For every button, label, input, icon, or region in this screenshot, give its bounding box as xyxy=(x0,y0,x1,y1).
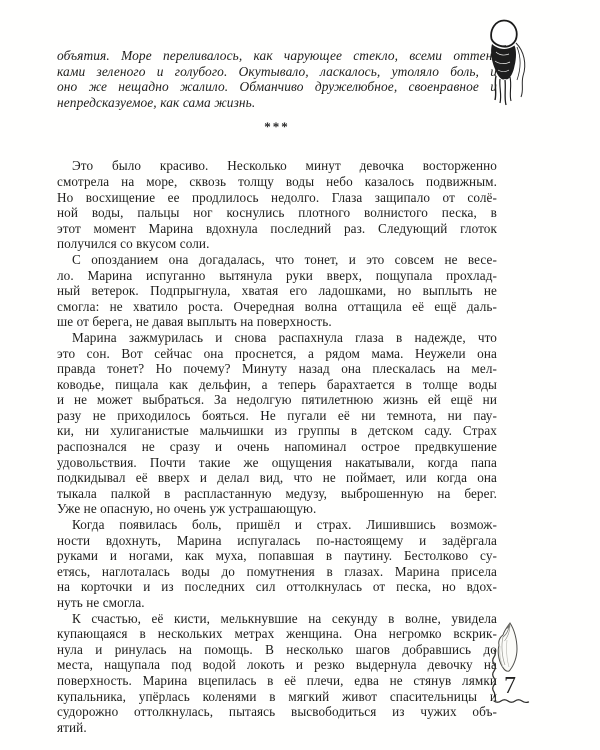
text-line: купальника, упёрлась коленями в мягкий ж… xyxy=(57,689,497,705)
text-line: ло. Марина испуганно вытянула руки вверх… xyxy=(57,268,497,284)
text-line: купающаяся в нескольких метрах женщина. … xyxy=(57,626,497,642)
paragraph-2: С опозданием она догадалась, что тонет, … xyxy=(57,252,497,330)
text-line: Уже не опасную, но очень уж устрашающую. xyxy=(57,501,497,517)
text-line: этот момент Марина вдохнула последний ра… xyxy=(57,221,497,237)
text-line: ный ветерок. Подпрыгнула, хватая его лад… xyxy=(57,283,497,299)
text-line: оно же нещадно жалило. Обманчиво дружелю… xyxy=(57,79,497,95)
text-line: подкидывал её вверх и делал вид, что не … xyxy=(57,470,497,486)
text-line: смотрела на море, сквозь толщу воды небо… xyxy=(57,174,497,190)
text-line: руками и ногами, как муха, попавшая в па… xyxy=(57,548,497,564)
book-page: объятия. Море переливалось, как чарующее… xyxy=(0,0,600,750)
text-line: Но восхищение ее продлилось недолго. Гла… xyxy=(57,190,497,206)
text-line: ководье, пищала как дельфин, а теперь ба… xyxy=(57,377,497,393)
paragraph-1: Это было красиво. Несколько минут девочк… xyxy=(57,158,497,252)
text-line: Марина зажмурилась и снова распахнула гл… xyxy=(57,330,497,346)
text-line: нула и ринулась на помощь. В несколько ш… xyxy=(57,642,497,658)
text-line: это сон. Вот сейчас она проснется, а ряд… xyxy=(57,346,497,362)
page-text-column: объятия. Море переливалось, как чарующее… xyxy=(57,48,497,735)
text-line: смогла: не хватило роста. Очередная волн… xyxy=(57,299,497,315)
text-line: поверхность. Марина вцепилась в её плечи… xyxy=(57,673,497,689)
text-line: судорожно оттолкнулась, пытаясь высвобод… xyxy=(57,704,497,720)
text-line: и не может выбраться. За недолгую пятиле… xyxy=(57,392,497,408)
text-line: ной воды, пальцы ног коснулись плотного … xyxy=(57,205,497,221)
text-line: разу не приходилось бояться. Не пугали е… xyxy=(57,408,497,424)
paragraph-5: К счастью, её кисти, мелькнувшие на секу… xyxy=(57,611,497,736)
paragraph-4: Когда появилась боль, пришёл и страх. Ли… xyxy=(57,517,497,611)
text-line: Когда появилась боль, пришёл и страх. Ли… xyxy=(57,517,497,533)
text-line: непредсказуемое, как сама жизнь. xyxy=(57,95,497,111)
text-line: етясь, наглоталась воды до помутнения в … xyxy=(57,564,497,580)
text-line: нуть не смогла. xyxy=(57,595,497,611)
text-line: получился со вкусом соли. xyxy=(57,236,497,252)
text-line: К счастью, её кисти, мелькнувшие на секу… xyxy=(57,611,497,627)
text-line: С опозданием она догадалась, что тонет, … xyxy=(57,252,497,268)
text-line: ше от берега, не давая выплыть на поверх… xyxy=(57,314,497,330)
text-line: места, нащупала под водой локоть и резко… xyxy=(57,657,497,673)
text-line: ятий. xyxy=(57,720,497,736)
text-line: на корточки и из последних сил оттолкнул… xyxy=(57,579,497,595)
text-line: удовольствия. Почти такие же ощущения на… xyxy=(57,455,497,471)
text-line: ки, ни хулиганистые мальчишки из группы … xyxy=(57,423,497,439)
text-line: объятия. Море переливалось, как чарующее… xyxy=(57,48,497,64)
text-line: распознался не сразу и очень напоминал о… xyxy=(57,439,497,455)
section-separator: *** xyxy=(57,118,497,136)
page-number: 7 xyxy=(496,671,524,701)
text-line: тыкала палкой в распластанную медузу, вы… xyxy=(57,486,497,502)
opening-italic-paragraph: объятия. Море переливалось, как чарующее… xyxy=(57,48,497,110)
text-line: ками зеленого и голубого. Окутывало, лас… xyxy=(57,64,497,80)
text-line: ности вдохнуть, Марина испугалась по-нас… xyxy=(57,533,497,549)
text-line: правда тонет? Но почему? Минуту назад он… xyxy=(57,361,497,377)
text-line: Это было красиво. Несколько минут девочк… xyxy=(57,158,497,174)
paragraph-3: Марина зажмурилась и снова распахнула гл… xyxy=(57,330,497,517)
